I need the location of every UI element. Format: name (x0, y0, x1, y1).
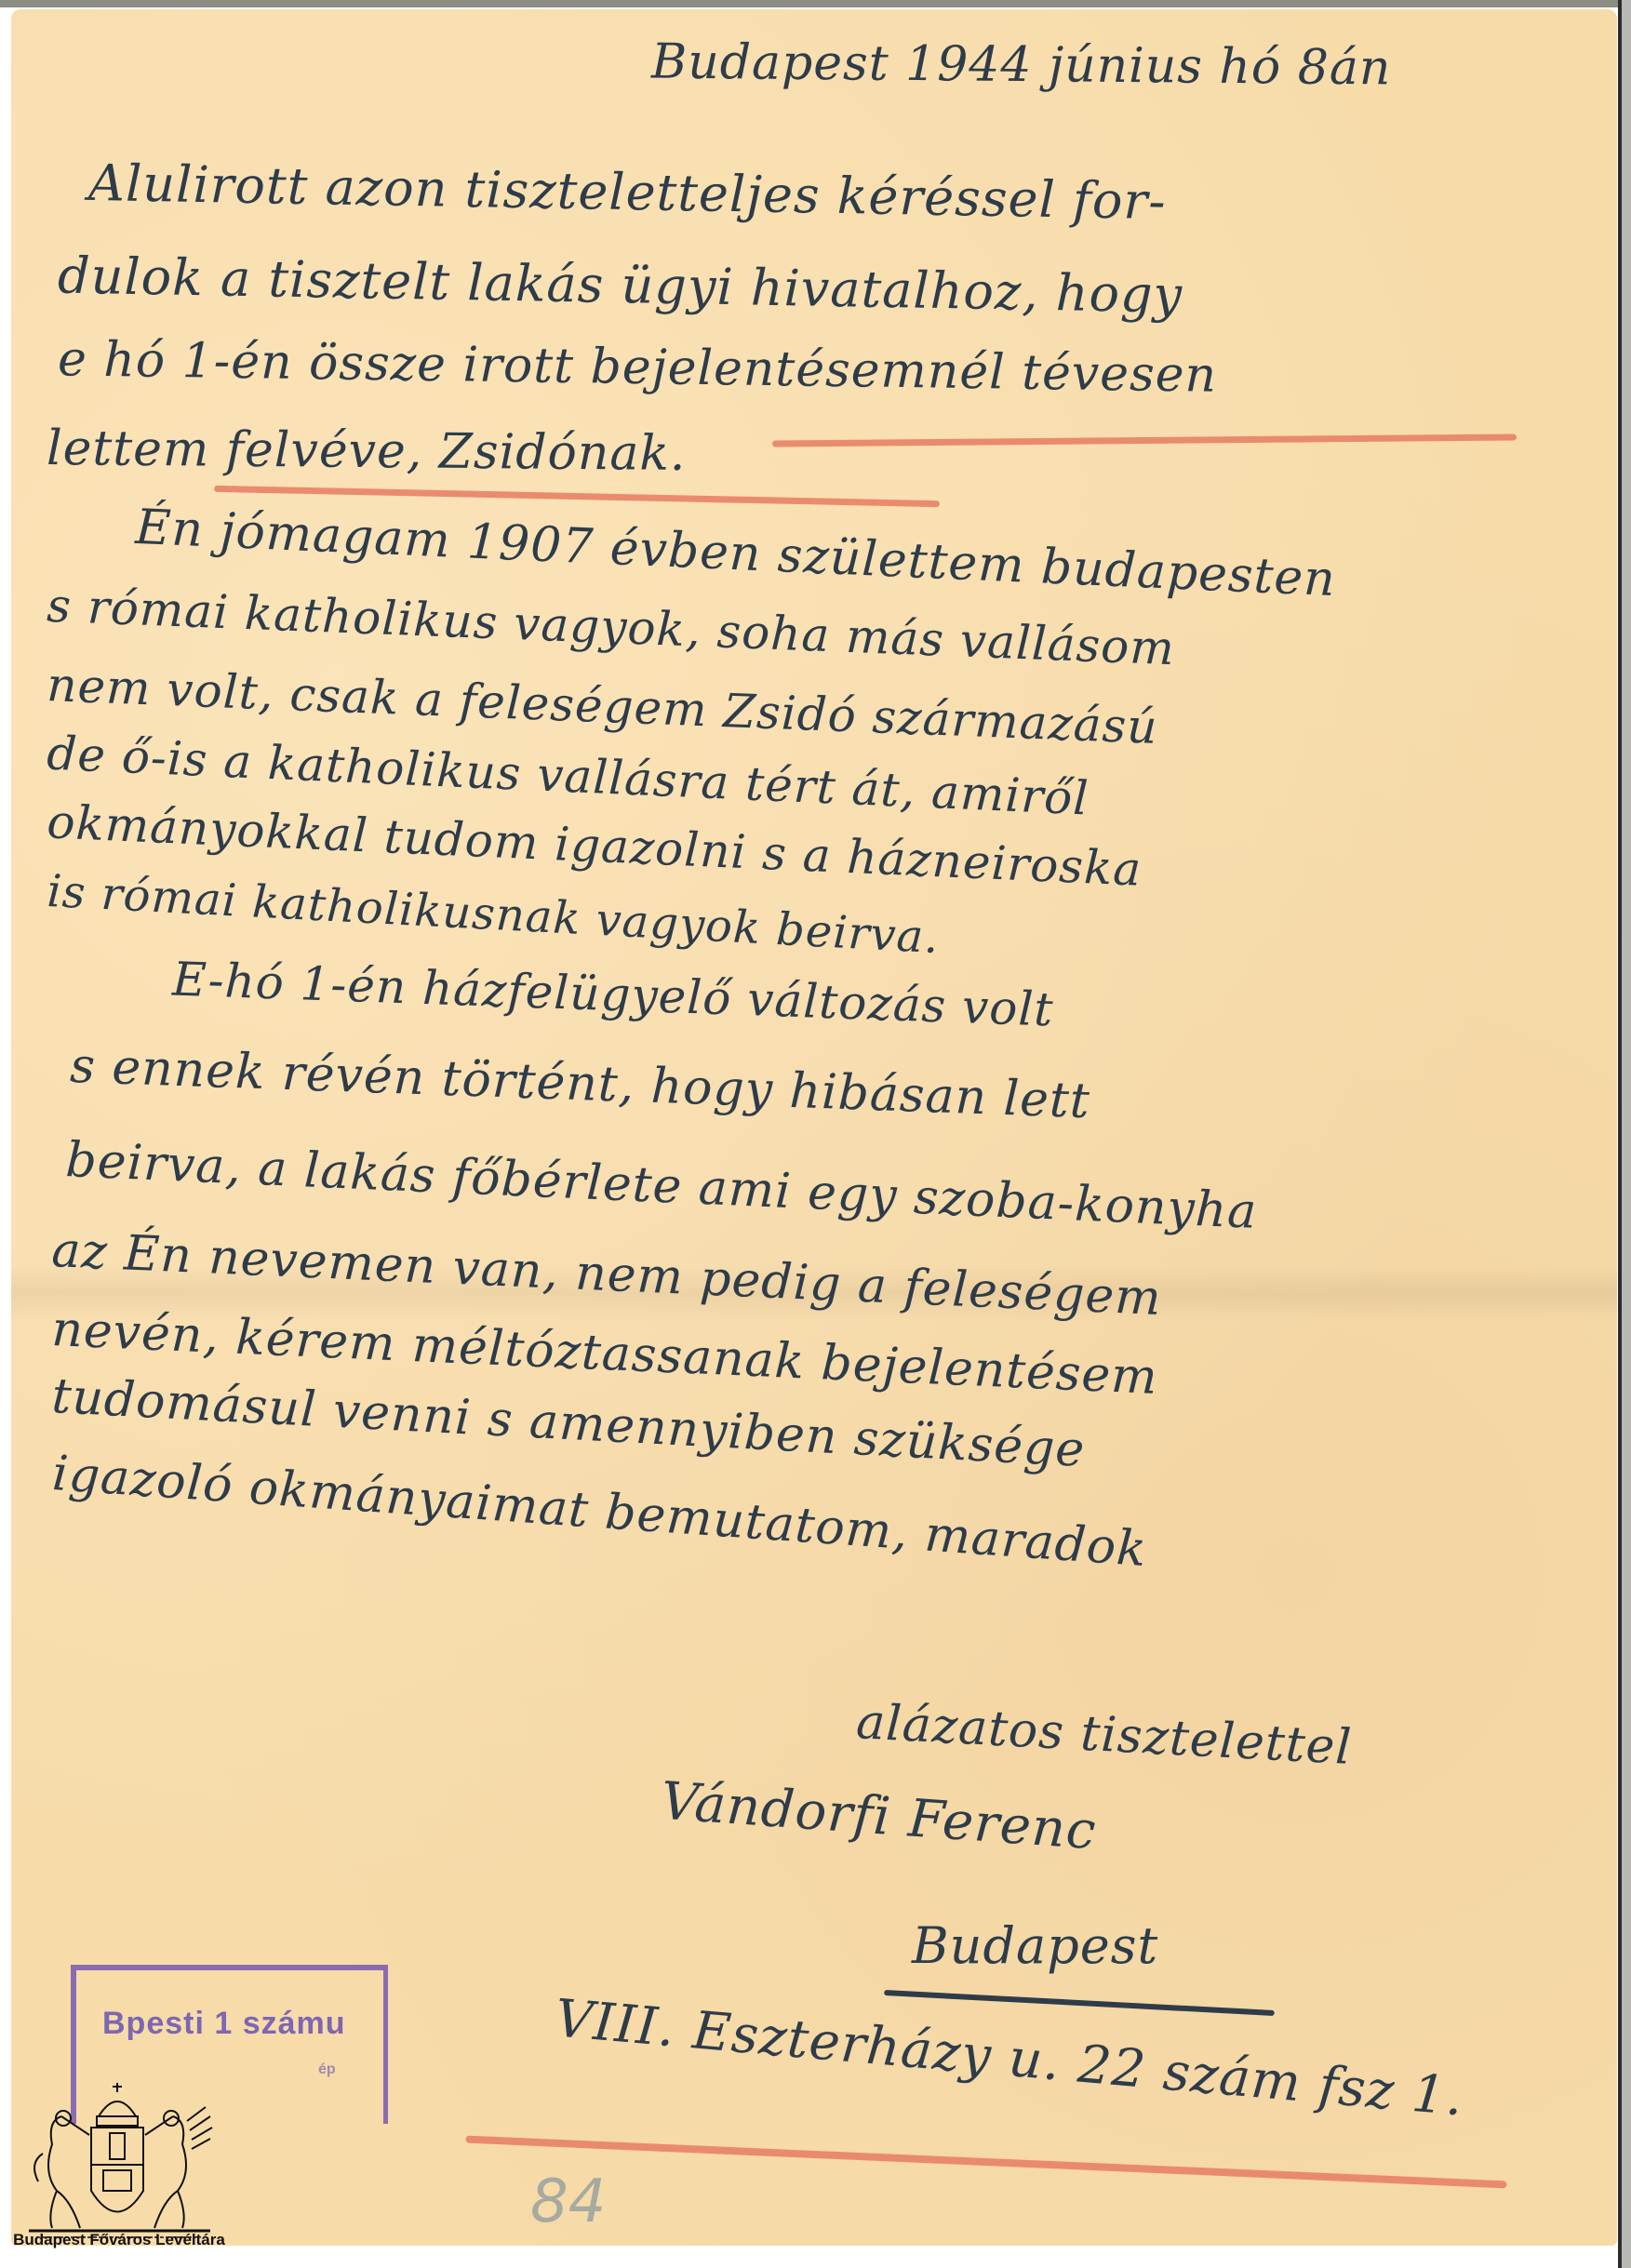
scan-right-edge (1618, 0, 1631, 2268)
stamp-subtext: ép (318, 2061, 336, 2078)
coat-of-arms-icon (6, 2079, 229, 2242)
body-line: lettem felvéve, Zsidónak. (47, 420, 687, 482)
archive-name: Budapest Főváros Levéltára (7, 2231, 231, 2249)
address-city: Budapest (912, 1916, 1158, 1975)
dateline: Budapest 1944 június hó 8án (651, 34, 1392, 97)
stamp-text: Bpesti 1 számu (102, 2006, 346, 2042)
scan-top-edge (0, 0, 1631, 7)
pencil-folio-number: 84 (530, 2168, 606, 2236)
